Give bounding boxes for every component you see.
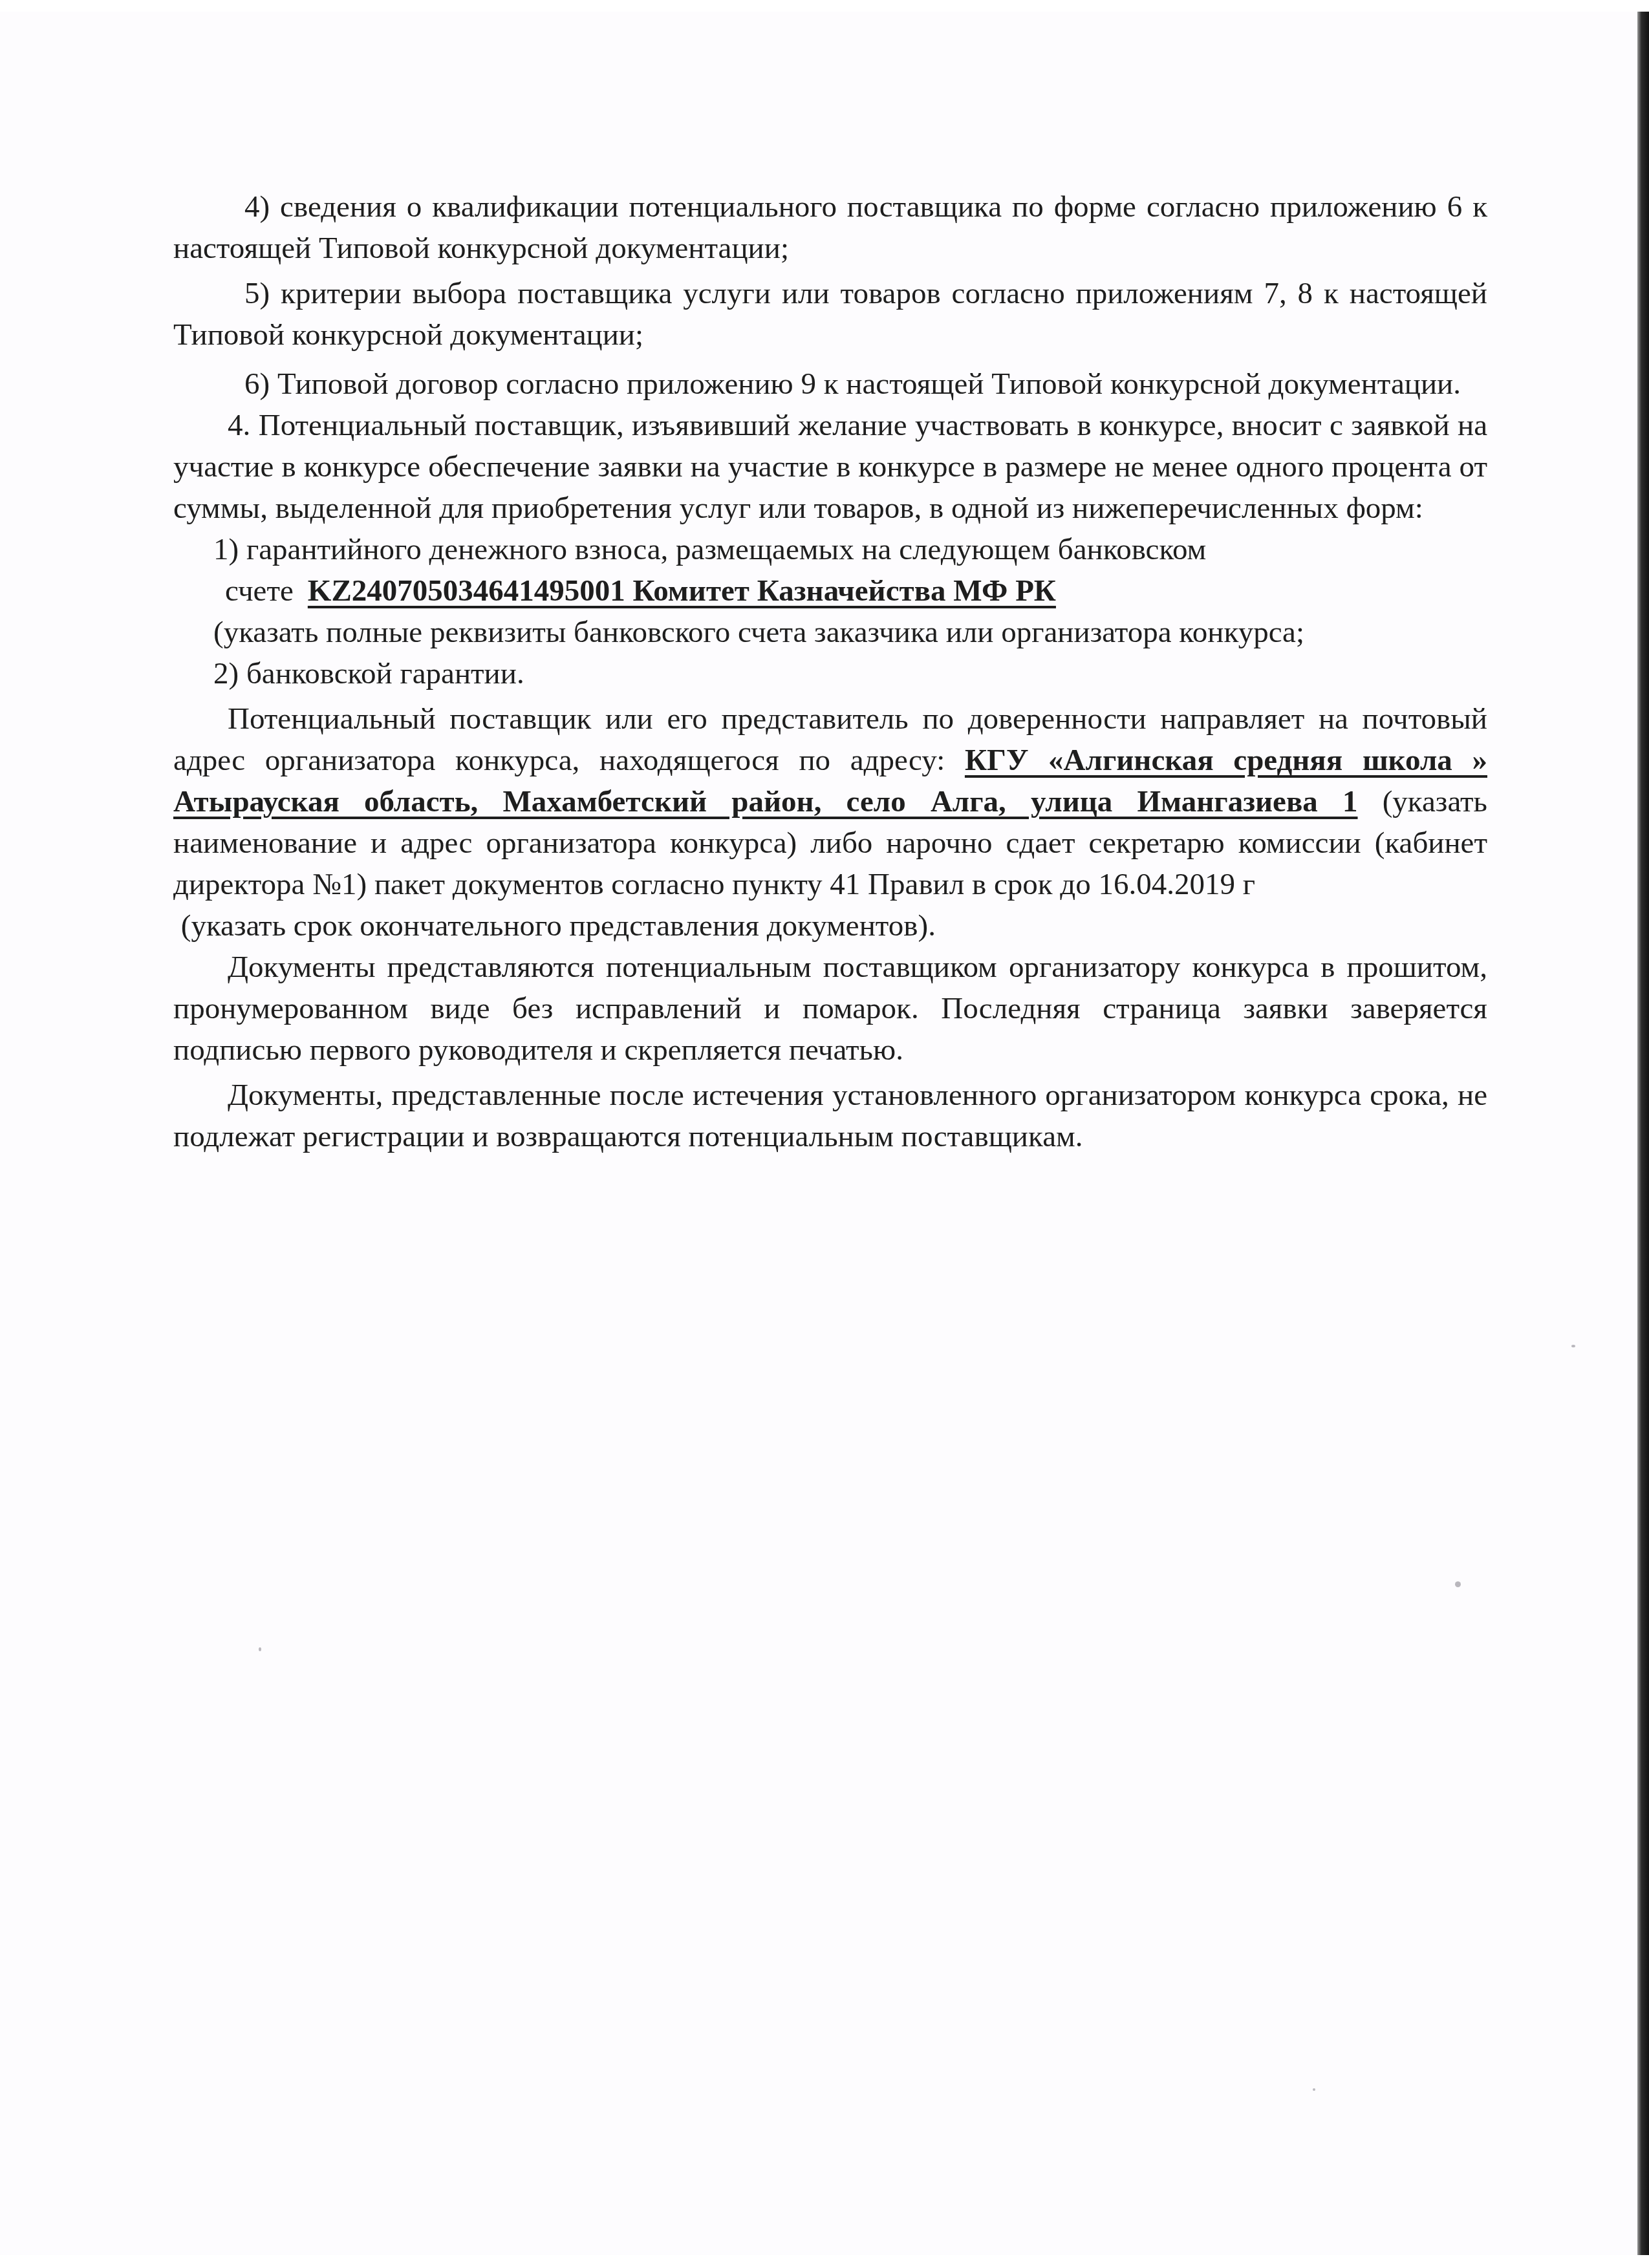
bank-account-prefix: счете	[225, 574, 294, 608]
bank-account-value: KZ240705034641495001 Комитет Казначейств…	[308, 574, 1056, 608]
form-2-bank-guarantee: 2) банковской гарантии.	[173, 653, 1487, 694]
late-documents-paragraph: Документы, представленные после истечени…	[173, 1075, 1487, 1157]
bank-account-note: (указать полные реквизиты банковского сч…	[173, 612, 1487, 653]
list-item-6: 6) Типовой договор согласно приложению 9…	[173, 363, 1487, 405]
scan-speck	[1455, 1581, 1461, 1587]
documents-format-paragraph: Документы представляются потенциальным п…	[173, 947, 1487, 1071]
list-item-4: 4) сведения о квалификации потенциальног…	[173, 186, 1487, 269]
bank-account-line: счетеKZ240705034641495001 Комитет Казнач…	[173, 570, 1487, 612]
deadline-note: (указать срок окончательного представлен…	[173, 905, 1487, 947]
list-item-5: 5) критерии выбора поставщика услуги или…	[173, 273, 1487, 356]
scan-speck	[259, 1647, 261, 1651]
scan-edge-shadow	[1637, 12, 1649, 2255]
submission-paragraph: Потенциальный поставщик или его представ…	[173, 698, 1487, 905]
document-body: 4) сведения о квалификации потенциальног…	[173, 186, 1487, 1157]
scan-speck	[1571, 1345, 1575, 1347]
scan-speck	[1313, 2088, 1315, 2091]
section-4-paragraph: 4. Потенциальный поставщик, изъявивший ж…	[173, 405, 1487, 529]
form-1-guarantee-deposit: 1) гарантийного денежного взноса, размещ…	[173, 529, 1487, 570]
